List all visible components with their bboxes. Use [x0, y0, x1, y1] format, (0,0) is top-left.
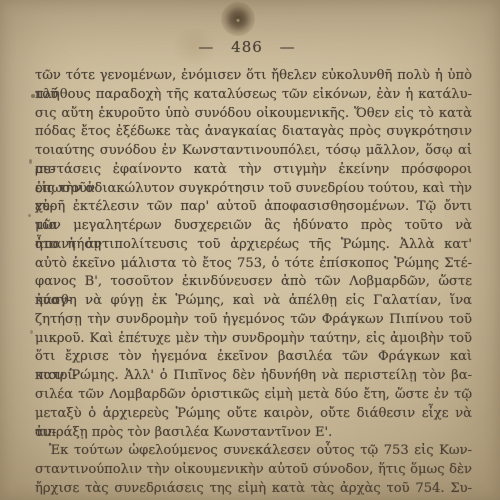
text-line: ὅτι ἔχρισε τὸν ἡγεμόνα ἐκεῖνον βασιλέα τ…	[35, 348, 472, 367]
text-line: τοιαύτης συνόδου ἐν Κωνσταντινουπόλει, τ…	[35, 142, 472, 161]
text-line: πλήθους παραδοχὴ τῆς καταλύσεως τῶν εἰκό…	[35, 86, 472, 105]
text-line: πόδας ἔτος ἐξέδωκε τὰς ἀναγκαίας διαταγὰ…	[35, 123, 472, 142]
text-block: τῶν τότε γενομένων, ἐνόμισεν ὅτι ἤθελεν …	[35, 67, 472, 499]
paper-speck	[28, 214, 31, 217]
text-line: ζητήσῃ τὴν συνδρομὴν τοῦ ἡγεμόνος τῶν Φρ…	[35, 311, 472, 330]
text-line: τῶν μεγαλητέρων δυσχερειῶν ἃς ἠδύνατο πρ…	[35, 217, 472, 236]
text-line: τιπράξῃ πρὸς τὸν βασιλέα Κωνσταντῖνον Ε'…	[35, 424, 472, 443]
text-line: σταντινούπολιν τὴν οἰκουμενικὴν αὐτοῦ σύ…	[35, 461, 472, 480]
ink-blot	[221, 2, 255, 36]
text-line: εἰς τὴν ἀδιακώλυτον συγκρότησιν τοῦ συνε…	[35, 180, 472, 199]
text-line: χερῆ ἐκτέλεσιν τῶν παρ' αὐτοῦ ἀποφασισθη…	[35, 198, 472, 217]
paper-speck	[29, 159, 32, 164]
paper-speck	[30, 330, 33, 334]
text-line: αὐτὸ ἐκεῖνο μάλιστα τὸ ἔτος 753, ὁ τότε …	[35, 255, 472, 274]
text-line: κιον Ῥώμης. Ἀλλ' ὁ Πιπῖνος δὲν ἠδυνήθη ν…	[35, 367, 472, 386]
paragraph: Ἐκ τούτων ὠφελούμενος συνεκάλεσεν οὗτος …	[35, 442, 472, 498]
page-number-header: — 486 —	[0, 38, 494, 56]
text-line: Ἐκ τούτων ὠφελούμενος συνεκάλεσεν οὗτος …	[35, 442, 472, 461]
text-line: ἦτο ἡ ἀντιπολίτευσις τοῦ ἀρχιερέως τῆς Ῥ…	[35, 236, 472, 255]
text-line: σις αὕτη ἐκυροῦτο ὑπὸ συνόδου οἰκουμενικ…	[35, 105, 472, 124]
text-line: σιλέα τῶν Λομβαρδῶν ὁριστικῶς εἰμὴ μετὰ …	[35, 386, 472, 405]
text-line: τῶν τότε γενομένων, ἐνόμισεν ὅτι ἤθελεν …	[35, 67, 472, 86]
text-line: μεταξὺ ὁ ἀρχιερεὺς Ῥώμης οὔτε καιρὸν, οὔ…	[35, 405, 472, 424]
text-line: ριστάσεις ἐφαίνοντο κατὰ τὴν στιγμὴν ἐκε…	[35, 161, 472, 180]
text-line: μικροῦ. Καὶ ἐπέτυχε μὲν τὴν συνδρομὴν τα…	[35, 330, 472, 349]
text-line: κάσθη νὰ φύγῃ ἐκ Ῥώμης, καὶ νὰ ἀπέλθῃ εἰ…	[35, 292, 472, 311]
paragraph: τῶν τότε γενομένων, ἐνόμισεν ὅτι ἤθελεν …	[35, 67, 472, 442]
text-line: φανος Β', τοσοῦτον ἐκινδύνευσεν ἀπὸ τῶν …	[35, 273, 472, 292]
text-line: ἤρχισε τὰς συνεδριάσεις της εἰμὴ κατὰ τὰ…	[35, 480, 472, 499]
scanned-book-page: — 486 — τῶν τότε γενομένων, ἐνόμισεν ὅτι…	[0, 0, 500, 500]
